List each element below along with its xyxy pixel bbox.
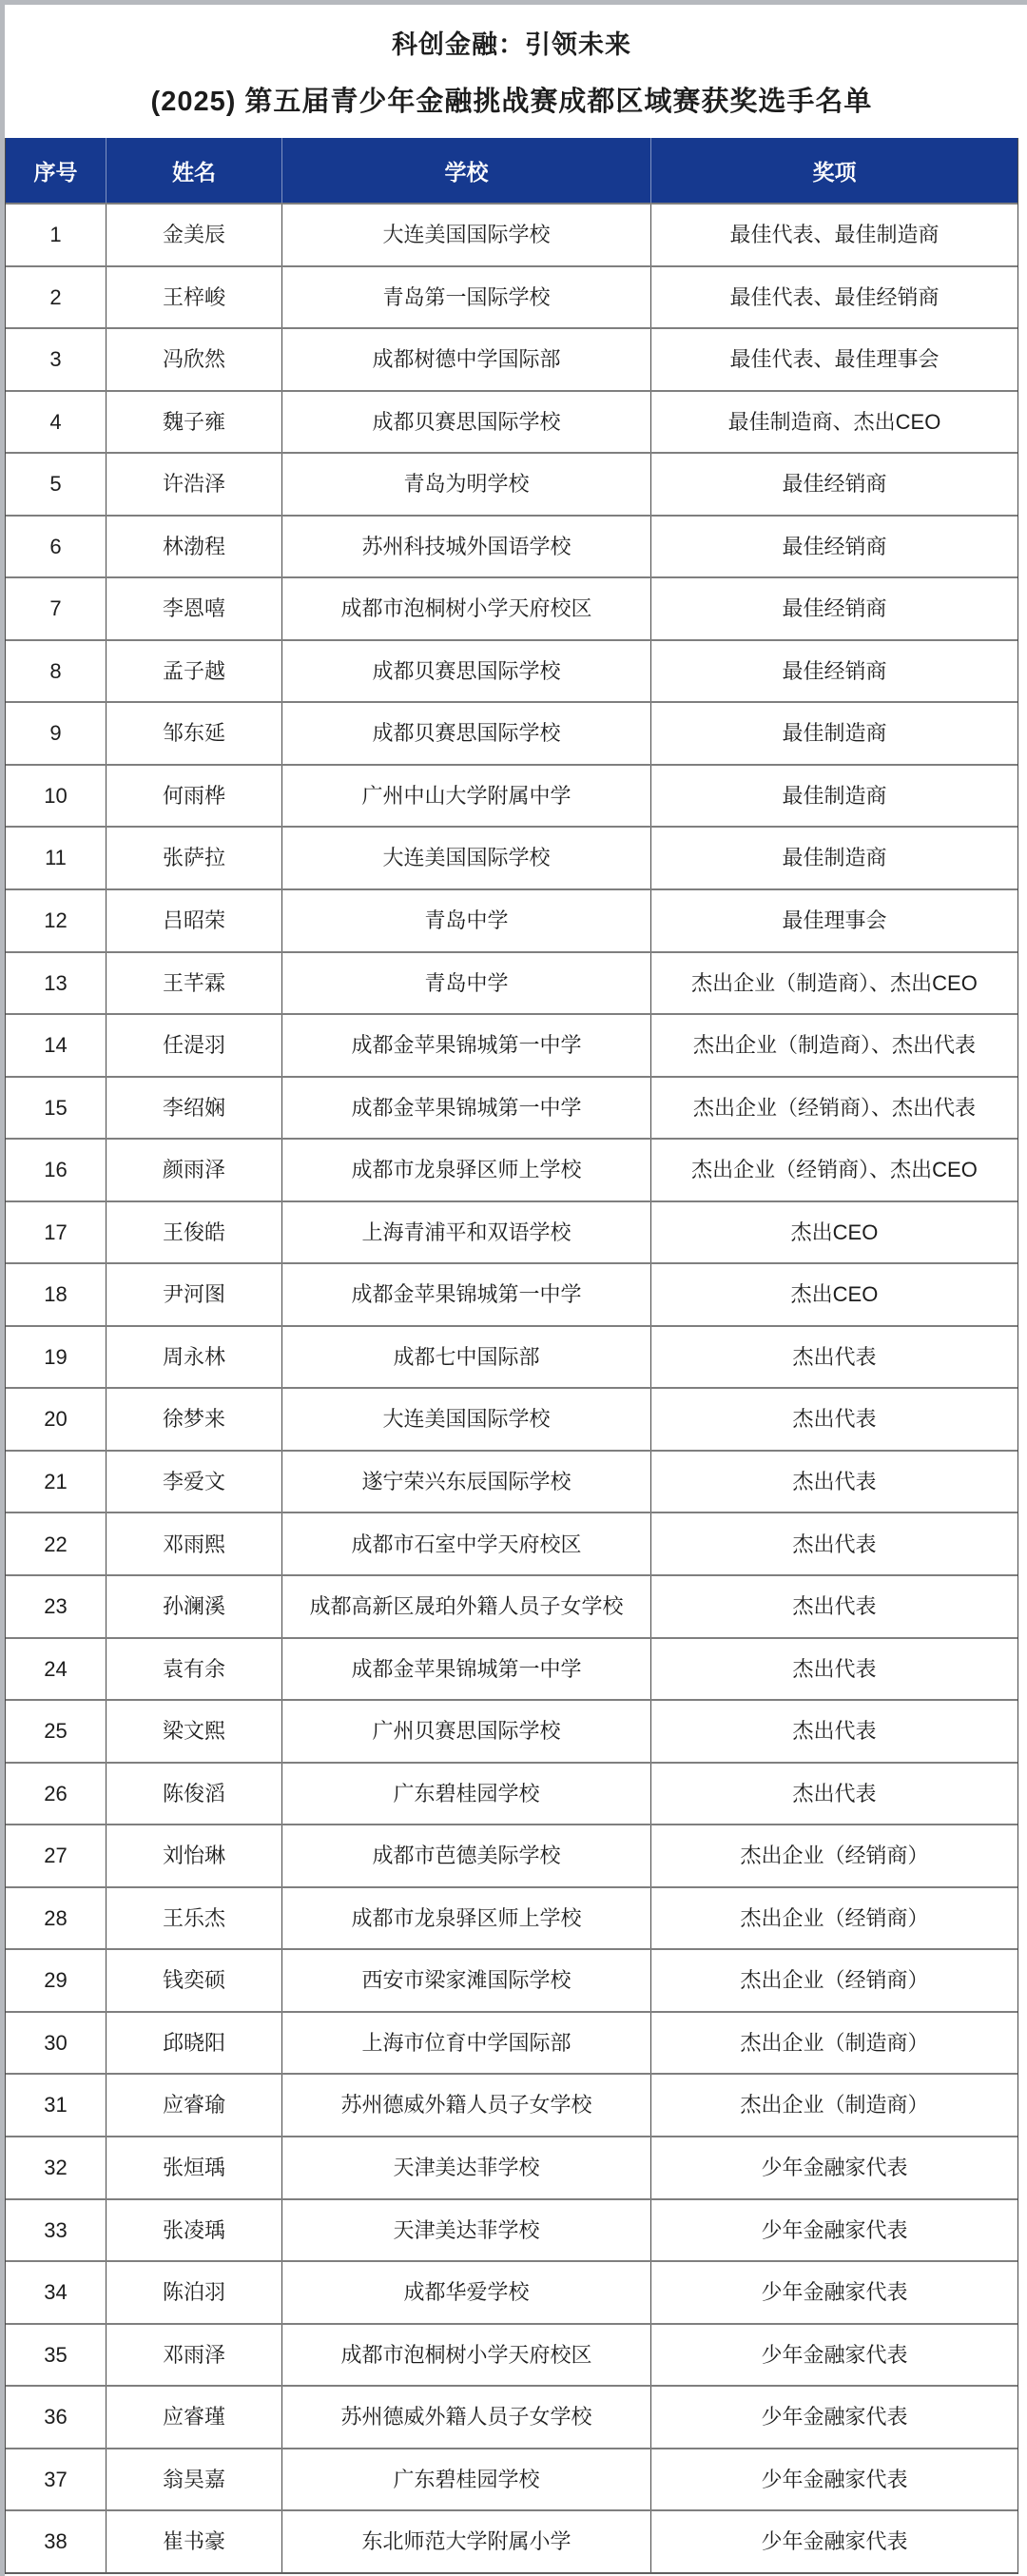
cell-award: 最佳经销商 (651, 578, 1017, 639)
table-row: 31 应睿瑜 苏州德威外籍人员子女学校 杰出企业（制造商） (6, 2073, 1017, 2136)
cell-serial: 9 (6, 703, 107, 764)
cell-name: 邹东延 (107, 703, 282, 764)
cell-name: 李爱文 (107, 1452, 282, 1512)
table-row: 30 邱晓阳 上海市位育中学国际部 杰出企业（制造商） (6, 2011, 1017, 2074)
table-row: 1 金美辰 大连美国国际学校 最佳代表、最佳制造商 (6, 203, 1017, 265)
header-cell-name: 姓名 (107, 138, 282, 203)
cell-name: 陈俊滔 (107, 1764, 282, 1825)
table-row: 2 王梓峻 青岛第一国际学校 最佳代表、最佳经销商 (6, 265, 1017, 328)
cell-award: 最佳经销商 (651, 517, 1017, 577)
cell-name: 金美辰 (107, 205, 282, 265)
cell-name: 颜雨泽 (107, 1140, 282, 1200)
cell-school: 青岛第一国际学校 (282, 267, 651, 328)
cell-name: 孙澜溪 (107, 1576, 282, 1637)
cell-school: 青岛为明学校 (282, 454, 651, 515)
cell-school: 成都金苹果锦城第一中学 (282, 1078, 651, 1139)
cell-award: 最佳经销商 (651, 454, 1017, 515)
cell-school: 成都树德中学国际部 (282, 329, 651, 390)
cell-school: 苏州科技城外国语学校 (282, 517, 651, 577)
cell-award: 杰出代表 (651, 1701, 1017, 1762)
cell-school: 成都七中国际部 (282, 1327, 651, 1388)
cell-name: 邱晓阳 (107, 2013, 282, 2074)
cell-name: 翁昊嘉 (107, 2449, 282, 2510)
cell-name: 吕昭荣 (107, 890, 282, 951)
cell-award: 最佳制造商 (651, 703, 1017, 764)
cell-name: 张凌瑀 (107, 2200, 282, 2261)
cell-award: 最佳制造商、杰出CEO (651, 392, 1017, 453)
table-row: 4 魏子雍 成都贝赛思国际学校 最佳制造商、杰出CEO (6, 390, 1017, 453)
cell-award: 杰出企业（制造商） (651, 2075, 1017, 2136)
cell-award: 杰出企业（经销商）、杰出代表 (651, 1078, 1017, 1139)
cell-school: 西安市梁家滩国际学校 (282, 1950, 651, 2011)
cell-school: 上海青浦平和双语学校 (282, 1202, 651, 1263)
cell-award: 最佳理事会 (651, 890, 1017, 951)
cell-serial: 20 (6, 1389, 107, 1450)
cell-serial: 37 (6, 2449, 107, 2510)
cell-serial: 32 (6, 2137, 107, 2198)
cell-school: 东北师范大学附属小学 (282, 2511, 651, 2572)
table-row: 37 翁昊嘉 广东碧桂园学校 少年金融家代表 (6, 2448, 1017, 2510)
cell-school: 成都贝赛思国际学校 (282, 641, 651, 702)
cell-name: 王芊霖 (107, 953, 282, 1014)
table-row: 32 张烜瑀 天津美达菲学校 少年金融家代表 (6, 2136, 1017, 2198)
cell-name: 张萨拉 (107, 828, 282, 888)
cell-serial: 33 (6, 2200, 107, 2261)
cell-name: 陈泊羽 (107, 2262, 282, 2323)
cell-name: 孟子越 (107, 641, 282, 702)
cell-award: 杰出企业（制造商） (651, 2013, 1017, 2074)
cell-serial: 26 (6, 1764, 107, 1825)
header-cell-school: 学校 (282, 138, 651, 203)
cell-school: 成都金苹果锦城第一中学 (282, 1264, 651, 1325)
cell-serial: 6 (6, 517, 107, 577)
cell-award: 最佳经销商 (651, 641, 1017, 702)
page-title: 科创金融：引领未来 (392, 24, 631, 61)
page-sheet: 科创金融：引领未来 (2025) 第五届青少年金融挑战赛成都区域赛获奖选手名单 … (5, 5, 1018, 2576)
cell-name: 梁文熙 (107, 1701, 282, 1762)
table-row: 11 张萨拉 大连美国国际学校 最佳制造商 (6, 826, 1017, 888)
cell-school: 成都市石室中学天府校区 (282, 1513, 651, 1574)
table-row: 17 王俊皓 上海青浦平和双语学校 杰出CEO (6, 1200, 1017, 1263)
cell-name: 王俊皓 (107, 1202, 282, 1263)
table-row: 24 袁有余 成都金苹果锦城第一中学 杰出代表 (6, 1637, 1017, 1700)
cell-serial: 11 (6, 828, 107, 888)
cell-name: 刘怡琳 (107, 1825, 282, 1886)
table-row: 27 刘怡琳 成都市芭德美际学校 杰出企业（经销商） (6, 1824, 1017, 1886)
cell-school: 苏州德威外籍人员子女学校 (282, 2387, 651, 2448)
table-row: 7 李恩嘻 成都市泡桐树小学天府校区 最佳经销商 (6, 576, 1017, 639)
cell-award: 少年金融家代表 (651, 2449, 1017, 2510)
cell-school: 广州贝赛思国际学校 (282, 1701, 651, 1762)
cell-name: 魏子雍 (107, 392, 282, 453)
cell-name: 李恩嘻 (107, 578, 282, 639)
cell-award: 最佳制造商 (651, 828, 1017, 888)
cell-school: 青岛中学 (282, 890, 651, 951)
cell-award: 最佳制造商 (651, 766, 1017, 827)
cell-award: 杰出代表 (651, 1452, 1017, 1512)
cell-award: 杰出企业（制造商）、杰出CEO (651, 953, 1017, 1014)
cell-award: 杰出CEO (651, 1264, 1017, 1325)
cell-award: 杰出代表 (651, 1327, 1017, 1388)
cell-serial: 29 (6, 1950, 107, 2011)
cell-serial: 35 (6, 2325, 107, 2386)
page-subtitle: (2025) 第五届青少年金融挑战赛成都区域赛获奖选手名单 (151, 80, 873, 119)
cell-school: 天津美达菲学校 (282, 2200, 651, 2261)
table-row: 33 张凌瑀 天津美达菲学校 少年金融家代表 (6, 2198, 1017, 2261)
header-cell-award: 奖项 (651, 138, 1017, 203)
table-row: 22 邓雨熙 成都市石室中学天府校区 杰出代表 (6, 1512, 1017, 1574)
table-row: 3 冯欣然 成都树德中学国际部 最佳代表、最佳理事会 (6, 327, 1017, 390)
cell-school: 苏州德威外籍人员子女学校 (282, 2075, 651, 2136)
table-row: 29 钱奕硕 西安市梁家滩国际学校 杰出企业（经销商） (6, 1948, 1017, 2011)
table-row: 21 李爱文 遂宁荣兴东辰国际学校 杰出代表 (6, 1450, 1017, 1512)
cell-serial: 28 (6, 1888, 107, 1949)
cell-name: 任湜羽 (107, 1015, 282, 1076)
cell-school: 成都市芭德美际学校 (282, 1825, 651, 1886)
table-row: 15 李绍娴 成都金苹果锦城第一中学 杰出企业（经销商）、杰出代表 (6, 1076, 1017, 1139)
table-row: 10 何雨桦 广州中山大学附属中学 最佳制造商 (6, 764, 1017, 827)
cell-school: 广东碧桂园学校 (282, 1764, 651, 1825)
cell-award: 杰出企业（经销商） (651, 1950, 1017, 2011)
cell-award: 杰出代表 (651, 1513, 1017, 1574)
cell-serial: 23 (6, 1576, 107, 1637)
cell-school: 成都贝赛思国际学校 (282, 703, 651, 764)
cell-name: 应睿瑾 (107, 2387, 282, 2448)
table-row: 34 陈泊羽 成都华爱学校 少年金融家代表 (6, 2260, 1017, 2323)
cell-serial: 21 (6, 1452, 107, 1512)
cell-serial: 10 (6, 766, 107, 827)
cell-name: 邓雨熙 (107, 1513, 282, 1574)
cell-serial: 16 (6, 1140, 107, 1200)
table-row: 8 孟子越 成都贝赛思国际学校 最佳经销商 (6, 639, 1017, 702)
cell-serial: 18 (6, 1264, 107, 1325)
cell-school: 上海市位育中学国际部 (282, 2013, 651, 2074)
cell-serial: 38 (6, 2511, 107, 2572)
table-row: 23 孙澜溪 成都高新区晟珀外籍人员子女学校 杰出代表 (6, 1574, 1017, 1637)
table-header: 序号 姓名 学校 奖项 (6, 138, 1017, 203)
header-cell-serial: 序号 (6, 138, 107, 203)
cell-serial: 1 (6, 205, 107, 265)
table-row: 28 王乐杰 成都市龙泉驿区师上学校 杰出企业（经销商） (6, 1886, 1017, 1949)
title-block: 科创金融：引领未来 (2025) 第五届青少年金融挑战赛成都区域赛获奖选手名单 (5, 5, 1018, 138)
cell-school: 成都市泡桐树小学天府校区 (282, 578, 651, 639)
cell-award: 杰出企业（经销商） (651, 1888, 1017, 1949)
cell-serial: 15 (6, 1078, 107, 1139)
cell-serial: 3 (6, 329, 107, 390)
cell-serial: 4 (6, 392, 107, 453)
cell-name: 应睿瑜 (107, 2075, 282, 2136)
cell-serial: 34 (6, 2262, 107, 2323)
cell-award: 杰出代表 (651, 1764, 1017, 1825)
table-row: 13 王芊霖 青岛中学 杰出企业（制造商）、杰出CEO (6, 951, 1017, 1014)
table-row: 6 林渤程 苏州科技城外国语学校 最佳经销商 (6, 515, 1017, 577)
cell-name: 袁有余 (107, 1639, 282, 1700)
cell-name: 尹河图 (107, 1264, 282, 1325)
cell-school: 广东碧桂园学校 (282, 2449, 651, 2510)
cell-name: 王乐杰 (107, 1888, 282, 1949)
cell-serial: 27 (6, 1825, 107, 1886)
cell-school: 大连美国国际学校 (282, 1389, 651, 1450)
cell-award: 杰出企业（经销商）、杰出CEO (651, 1140, 1017, 1200)
table-row: 18 尹河图 成都金苹果锦城第一中学 杰出CEO (6, 1262, 1017, 1325)
cell-serial: 7 (6, 578, 107, 639)
cell-serial: 36 (6, 2387, 107, 2448)
table-row: 20 徐梦来 大连美国国际学校 杰出代表 (6, 1387, 1017, 1450)
cell-school: 成都贝赛思国际学校 (282, 392, 651, 453)
cell-serial: 17 (6, 1202, 107, 1263)
cell-serial: 22 (6, 1513, 107, 1574)
cell-award: 少年金融家代表 (651, 2200, 1017, 2261)
cell-school: 成都金苹果锦城第一中学 (282, 1639, 651, 1700)
cell-award: 少年金融家代表 (651, 2137, 1017, 2198)
table-row: 19 周永林 成都七中国际部 杰出代表 (6, 1325, 1017, 1388)
cell-award: 杰出企业（经销商） (651, 1825, 1017, 1886)
cell-award: 杰出企业（制造商）、杰出代表 (651, 1015, 1017, 1076)
cell-name: 周永林 (107, 1327, 282, 1388)
cell-name: 张烜瑀 (107, 2137, 282, 2198)
cell-school: 广州中山大学附属中学 (282, 766, 651, 827)
cell-name: 徐梦来 (107, 1389, 282, 1450)
table-row: 38 崔书豪 东北师范大学附属小学 少年金融家代表 (6, 2509, 1017, 2572)
cell-school: 大连美国国际学校 (282, 205, 651, 265)
cell-school: 青岛中学 (282, 953, 651, 1014)
cell-award: 最佳代表、最佳经销商 (651, 267, 1017, 328)
table-row: 26 陈俊滔 广东碧桂园学校 杰出代表 (6, 1762, 1017, 1825)
cell-name: 林渤程 (107, 517, 282, 577)
cell-name: 何雨桦 (107, 766, 282, 827)
cell-school: 成都市龙泉驿区师上学校 (282, 1888, 651, 1949)
table-row: 12 吕昭荣 青岛中学 最佳理事会 (6, 888, 1017, 951)
table-body: 1 金美辰 大连美国国际学校 最佳代表、最佳制造商 2 王梓峻 青岛第一国际学校… (6, 203, 1017, 2574)
cell-school: 成都华爱学校 (282, 2262, 651, 2323)
cell-name: 钱奕硕 (107, 1950, 282, 2011)
cell-award: 杰出CEO (651, 1202, 1017, 1263)
cell-serial: 2 (6, 267, 107, 328)
table-row: 9 邹东延 成都贝赛思国际学校 最佳制造商 (6, 701, 1017, 764)
cell-award: 杰出代表 (651, 1639, 1017, 1700)
cell-award: 杰出代表 (651, 1576, 1017, 1637)
cell-award: 杰出代表 (651, 1389, 1017, 1450)
cell-school: 成都市泡桐树小学天府校区 (282, 2325, 651, 2386)
cell-serial: 13 (6, 953, 107, 1014)
cell-serial: 19 (6, 1327, 107, 1388)
cell-serial: 24 (6, 1639, 107, 1700)
cell-name: 王梓峻 (107, 267, 282, 328)
cell-award: 少年金融家代表 (651, 2511, 1017, 2572)
cell-name: 冯欣然 (107, 329, 282, 390)
cell-award: 最佳代表、最佳制造商 (651, 205, 1017, 265)
cell-name: 崔书豪 (107, 2511, 282, 2572)
cell-school: 遂宁荣兴东辰国际学校 (282, 1452, 651, 1512)
award-table: 序号 姓名 学校 奖项 1 金美辰 大连美国国际学校 最佳代表、最佳制造商 2 … (5, 138, 1018, 2574)
cell-serial: 8 (6, 641, 107, 702)
cell-award: 少年金融家代表 (651, 2325, 1017, 2386)
cell-school: 成都金苹果锦城第一中学 (282, 1015, 651, 1076)
cell-serial: 31 (6, 2075, 107, 2136)
cell-school: 大连美国国际学校 (282, 828, 651, 888)
cell-school: 天津美达菲学校 (282, 2137, 651, 2198)
table-row: 14 任湜羽 成都金苹果锦城第一中学 杰出企业（制造商）、杰出代表 (6, 1013, 1017, 1076)
cell-award: 最佳代表、最佳理事会 (651, 329, 1017, 390)
table-row: 5 许浩泽 青岛为明学校 最佳经销商 (6, 452, 1017, 515)
cell-name: 许浩泽 (107, 454, 282, 515)
table-row: 25 梁文熙 广州贝赛思国际学校 杰出代表 (6, 1699, 1017, 1762)
table-row: 36 应睿瑾 苏州德威外籍人员子女学校 少年金融家代表 (6, 2385, 1017, 2448)
cell-award: 少年金融家代表 (651, 2387, 1017, 2448)
cell-name: 邓雨泽 (107, 2325, 282, 2386)
cell-serial: 30 (6, 2013, 107, 2074)
cell-award: 少年金融家代表 (651, 2262, 1017, 2323)
cell-serial: 5 (6, 454, 107, 515)
table-row: 16 颜雨泽 成都市龙泉驿区师上学校 杰出企业（经销商）、杰出CEO (6, 1138, 1017, 1200)
cell-serial: 14 (6, 1015, 107, 1076)
cell-serial: 12 (6, 890, 107, 951)
cell-serial: 25 (6, 1701, 107, 1762)
cell-school: 成都高新区晟珀外籍人员子女学校 (282, 1576, 651, 1637)
table-row: 35 邓雨泽 成都市泡桐树小学天府校区 少年金融家代表 (6, 2323, 1017, 2386)
cell-school: 成都市龙泉驿区师上学校 (282, 1140, 651, 1200)
cell-name: 李绍娴 (107, 1078, 282, 1139)
